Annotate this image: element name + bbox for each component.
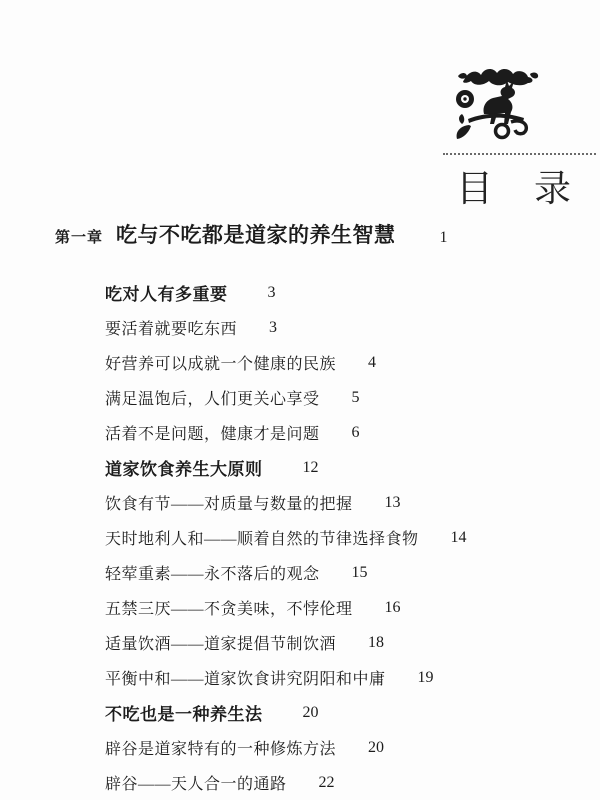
entry-page-number: 5: [352, 389, 360, 407]
entry-title: 不吃也是一种养生法: [105, 700, 263, 725]
entry-title: 轻荤重素——永不落后的观念: [105, 561, 320, 584]
entry-title: 活着不是问题，健康才是问题: [105, 421, 320, 444]
toc-section-entry: 不吃也是一种养生法 20: [105, 695, 575, 730]
toc-entry: 要活着就要吃东西 3: [105, 310, 575, 345]
entry-page-number: 15: [352, 564, 368, 582]
entry-page-number: 22: [319, 774, 335, 792]
entry-title: 五禁三厌——不贪美味，不悖伦理: [105, 596, 353, 619]
entry-page-number: 19: [418, 669, 434, 687]
page-title: 目 录: [456, 158, 573, 212]
entry-title: 要活着就要吃东西: [105, 316, 237, 339]
entry-title: 好营养可以成就一个健康的民族: [105, 351, 336, 374]
entry-title: 适量饮酒——道家提倡节制饮酒: [105, 631, 336, 654]
entry-title: 天时地利人和——顺着自然的节律选择食物: [105, 526, 419, 549]
book-toc-page: 目 录 第一章 吃与不吃都是道家的养生智慧 1 吃对人有多重要 3 要活着就要吃…: [0, 0, 600, 800]
toc-entry: 五禁三厌——不贪美味，不悖伦理 16: [105, 590, 575, 625]
toc-section-entry: 道家饮食养生大原则 12: [105, 450, 575, 485]
toc-entry: 饮食有节——对质量与数量的把握 13: [105, 485, 575, 520]
toc-entry: 天时地利人和——顺着自然的节律选择食物 14: [105, 520, 575, 555]
toc-chapter-row: 第一章 吃与不吃都是道家的养生智慧 1: [55, 219, 448, 249]
toc-entry: 平衡中和——道家饮食讲究阴阳和中庸 19: [105, 660, 575, 695]
entry-page-number: 12: [303, 459, 319, 477]
entry-page-number: 6: [352, 424, 360, 442]
toc-entry: 辟谷是道家特有的一种修炼方法 20: [105, 730, 575, 765]
entry-title: 饮食有节——对质量与数量的把握: [105, 491, 353, 514]
entry-title: 吃对人有多重要: [105, 280, 228, 305]
toc-entry: 适量饮酒——道家提倡节制饮酒 18: [105, 625, 575, 660]
entry-page-number: 18: [368, 634, 384, 652]
entry-title: 道家饮食养生大原则: [105, 455, 263, 480]
toc-entry: 活着不是问题，健康才是问题 6: [105, 415, 575, 450]
entry-page-number: 16: [385, 599, 401, 617]
toc-entry: 辟谷——天人合一的通路 22: [105, 765, 575, 800]
toc-section-entry: 吃对人有多重要 3: [105, 275, 575, 310]
entry-page-number: 3: [268, 284, 276, 302]
dotted-divider: [443, 153, 596, 155]
entry-page-number: 20: [303, 704, 319, 722]
chapter-title: 吃与不吃都是道家的养生智慧: [116, 219, 396, 249]
entry-page-number: 4: [368, 354, 376, 372]
toc-entry: 好营养可以成就一个健康的民族 4: [105, 345, 575, 380]
toc-list: 吃对人有多重要 3 要活着就要吃东西 3 好营养可以成就一个健康的民族 4 满足…: [105, 275, 575, 800]
toc-entry: 满足温饱后，人们更关心享受 5: [105, 380, 575, 415]
entry-page-number: 20: [368, 739, 384, 757]
entry-page-number: 14: [451, 529, 467, 547]
entry-page-number: 3: [269, 319, 277, 337]
entry-title: 辟谷——天人合一的通路: [105, 771, 287, 794]
entry-page-number: 13: [385, 494, 401, 512]
chapter-page-number: 1: [440, 229, 448, 247]
entry-title: 平衡中和——道家饮食讲究阴阳和中庸: [105, 666, 386, 689]
entry-title: 满足温饱后，人们更关心享受: [105, 386, 320, 409]
entry-title: 辟谷是道家特有的一种修炼方法: [105, 736, 336, 759]
chapter-label: 第一章: [55, 226, 103, 247]
toc-entry: 轻荤重素——永不落后的观念 15: [105, 555, 575, 590]
woodcut-deer-flowers-icon: [450, 66, 544, 144]
